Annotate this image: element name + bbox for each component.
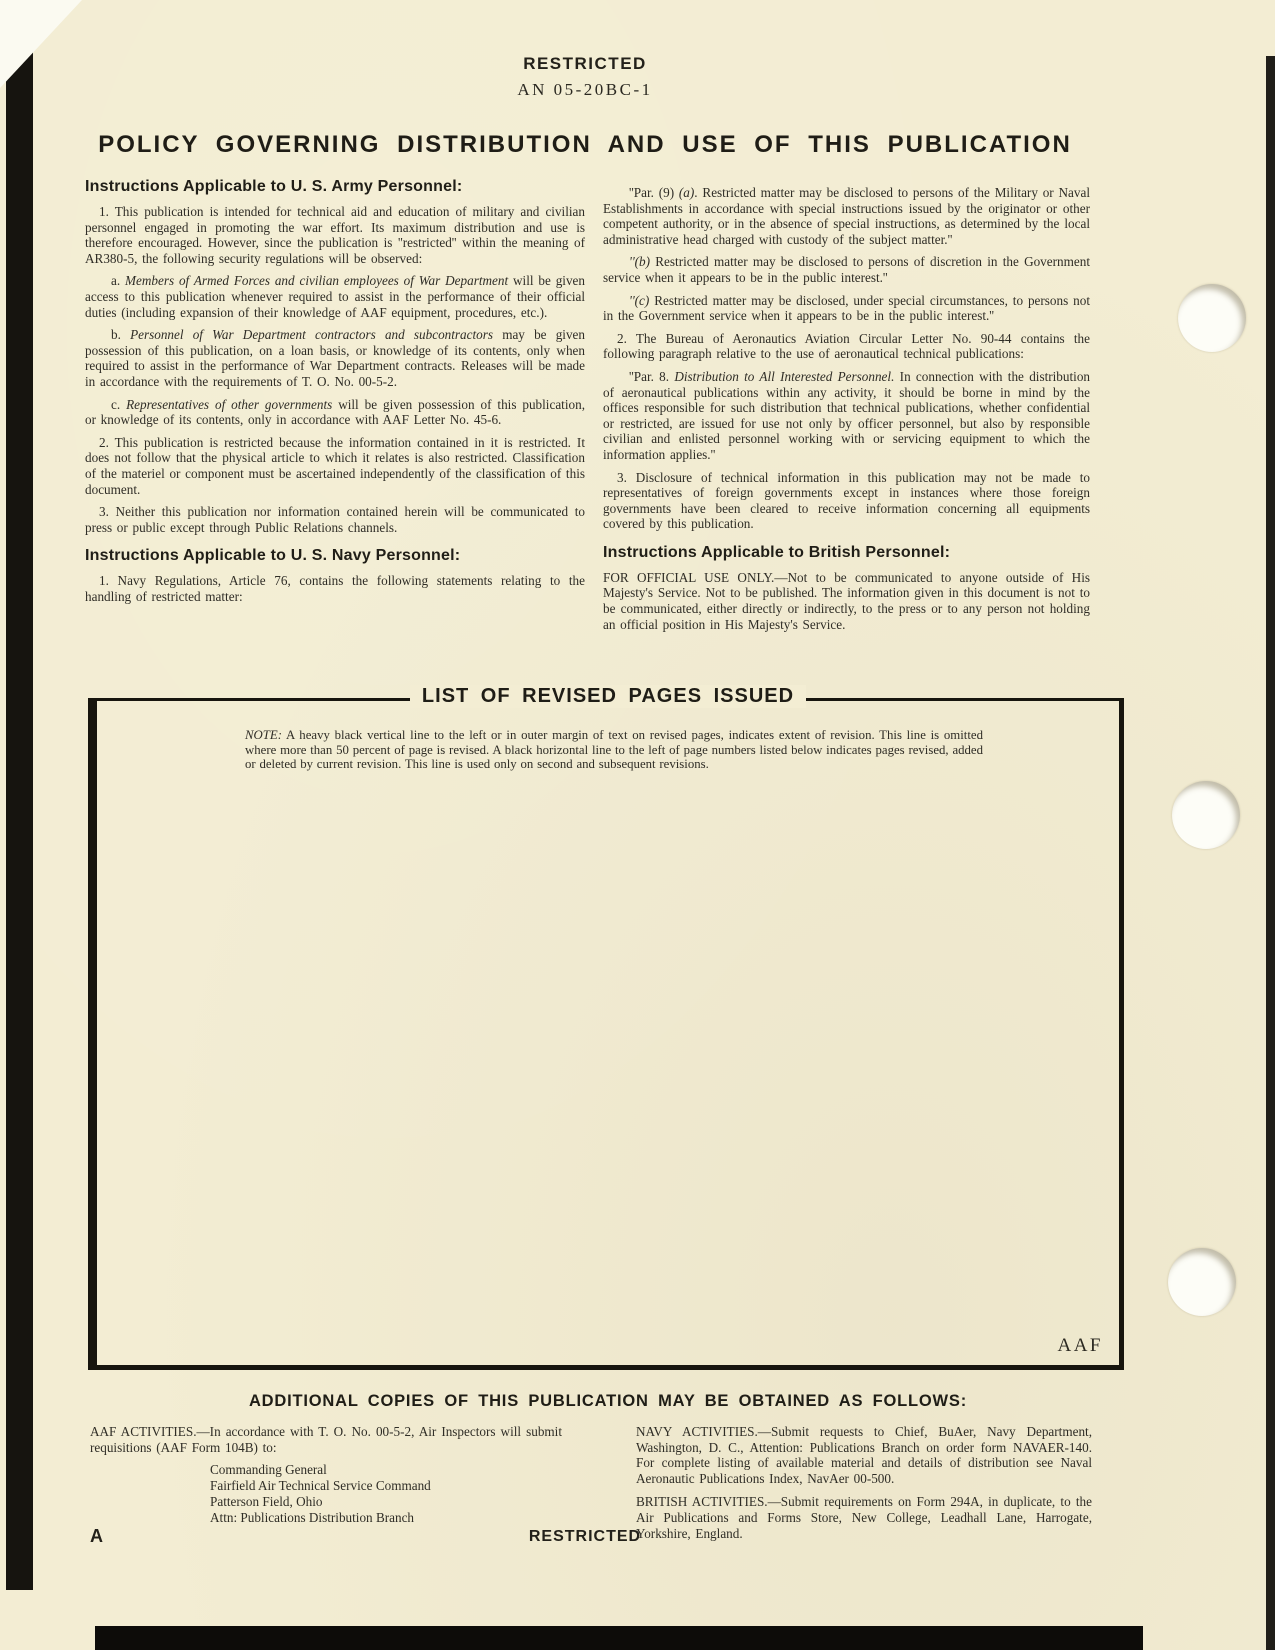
- page-title: POLICY GOVERNING DISTRIBUTION AND USE OF…: [60, 131, 1110, 159]
- navy-quote-par8: ''Par. 8. Distribution to All Interested…: [603, 369, 1090, 463]
- navy-paragraph-1: 1. Navy Regulations, Article 76, contain…: [85, 573, 585, 604]
- army-paragraph-1: 1. This publication is intended for tech…: [85, 204, 585, 266]
- punch-hole: [1172, 781, 1240, 849]
- navy-activities-paragraph: NAVY ACTIVITIES.—Submit requests to Chie…: [636, 1424, 1092, 1486]
- document-header: RESTRICTED AN 05-20BC-1: [85, 54, 1085, 100]
- navy-quote-par-b: ''(b) Restricted matter may be disclosed…: [603, 254, 1090, 285]
- revision-note: NOTE: A heavy black vertical line to the…: [245, 728, 983, 772]
- army-paragraph-b: b. Personnel of War Department contracto…: [85, 327, 585, 389]
- right-column: ''Par. (9) (a). Restricted matter may be…: [603, 176, 1090, 639]
- aaf-address-block: Commanding GeneralFairfield Air Technica…: [210, 1462, 562, 1525]
- aaf-activities-paragraph: AAF ACTIVITIES.—In accordance with T. O.…: [90, 1424, 562, 1455]
- document-page: RESTRICTED AN 05-20BC-1 POLICY GOVERNING…: [0, 0, 1275, 1650]
- army-paragraph-a: a. Members of Armed Forces and civilian …: [85, 273, 585, 320]
- document-number: AN 05-20BC-1: [85, 80, 1085, 100]
- revised-pages-banner-label: LIST OF REVISED PAGES ISSUED: [410, 685, 806, 708]
- left-column: Instructions Applicable to U. S. Army Pe…: [85, 176, 585, 639]
- page-corner-highlight: [0, 0, 82, 88]
- navy-paragraph-3: 3. Disclosure of technical information i…: [603, 470, 1090, 532]
- next-page-shadow-band: [95, 1626, 1143, 1650]
- army-paragraph-3: 3. Neither this publication nor informat…: [85, 504, 585, 535]
- policy-columns: Instructions Applicable to U. S. Army Pe…: [85, 176, 1090, 639]
- revised-pages-banner: LIST OF REVISED PAGES ISSUED: [97, 685, 1119, 708]
- navy-paragraph-2: 2. The Bureau of Aeronautics Aviation Ci…: [603, 331, 1090, 362]
- punch-hole: [1178, 284, 1246, 352]
- navy-quote-par-c: ''(c) Restricted matter may be disclosed…: [603, 293, 1090, 324]
- footer-classification-banner: RESTRICTED: [85, 1528, 1085, 1546]
- punch-hole: [1168, 1248, 1236, 1316]
- binding-edge-strip: [6, 8, 33, 1590]
- revised-pages-box: LIST OF REVISED PAGES ISSUED NOTE: A hea…: [88, 698, 1124, 1370]
- classification-banner: RESTRICTED: [85, 54, 1085, 74]
- british-section-heading: Instructions Applicable to British Perso…: [603, 544, 1090, 562]
- additional-copies-heading: ADDITIONAL COPIES OF THIS PUBLICATION MA…: [88, 1392, 1128, 1411]
- aaf-stamp: AAF: [1057, 1335, 1103, 1357]
- british-paragraph: FOR OFFICIAL USE ONLY.—Not to be communi…: [603, 570, 1090, 632]
- scan-edge-strip: [1266, 56, 1275, 1650]
- army-paragraph-2: 2. This publication is restricted becaus…: [85, 435, 585, 497]
- navy-quote-par9a: ''Par. (9) (a). Restricted matter may be…: [603, 176, 1090, 247]
- army-section-heading: Instructions Applicable to U. S. Army Pe…: [85, 178, 585, 196]
- navy-section-heading: Instructions Applicable to U. S. Navy Pe…: [85, 547, 585, 565]
- army-paragraph-c: c. Representatives of other governments …: [85, 397, 585, 428]
